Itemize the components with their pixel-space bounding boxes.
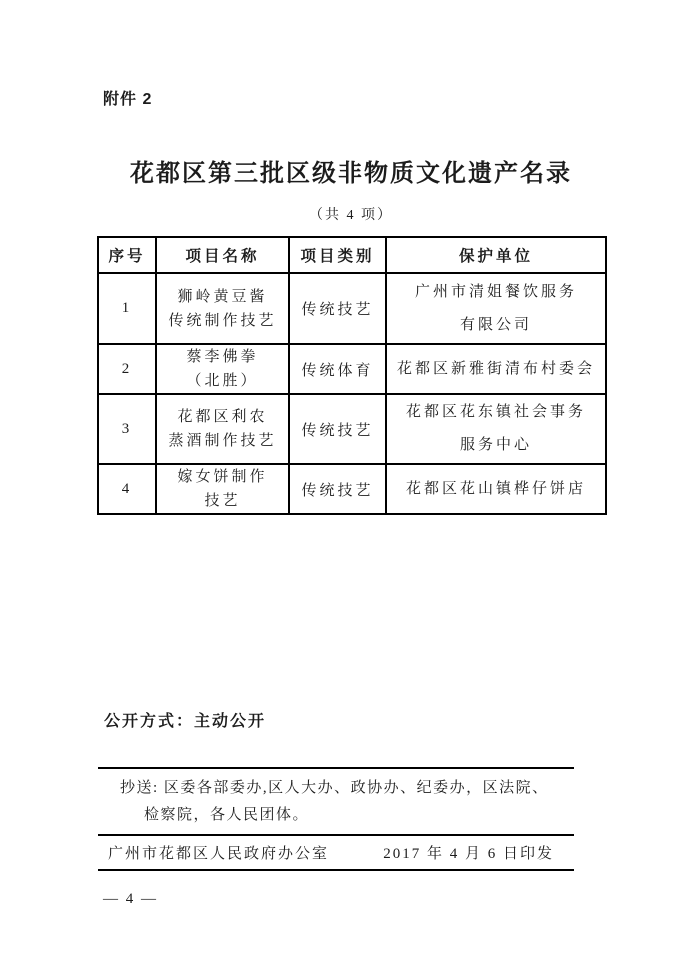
cell-category: 传统技艺 — [289, 464, 386, 514]
item-count-subtitle: （共 4 项） — [97, 204, 605, 224]
cell-project-name: 蔡李佛拳 （北胜） — [156, 344, 289, 394]
project-name-line: 技艺 — [157, 489, 288, 513]
document-footer: 抄送: 区委各部委办,区人大办、政协办、纪委办，区法院、 检察院，各人民团体。 … — [98, 767, 574, 871]
cell-seq: 3 — [98, 394, 156, 464]
project-name-line: 狮岭黄豆酱 — [157, 285, 288, 309]
header-seq: 序号 — [98, 237, 156, 273]
page-number: — 4 — — [103, 891, 158, 908]
heritage-list-table: 序号 项目名称 项目类别 保护单位 1 狮岭黄豆酱 传统制作技艺 传统技艺 广州… — [97, 236, 607, 515]
cell-project-name: 狮岭黄豆酱 传统制作技艺 — [156, 273, 289, 344]
disclosure-method-label: 公开方式：主动公开 — [104, 708, 266, 731]
cell-protection-unit: 花都区花山镇桦仔饼店 — [386, 464, 606, 514]
protection-unit-line: 花都区花东镇社会事务 — [387, 396, 605, 429]
cc-recipients-line: 检察院，各人民团体。 — [144, 802, 574, 829]
protection-unit-line: 服务中心 — [387, 429, 605, 462]
project-name-line: 蒸酒制作技艺 — [157, 429, 288, 453]
cell-project-name: 花都区利农 蒸酒制作技艺 — [156, 394, 289, 464]
header-project-name: 项目名称 — [156, 237, 289, 273]
cc-section: 抄送: 区委各部委办,区人大办、政协办、纪委办，区法院、 检察院，各人民团体。 — [98, 767, 574, 836]
cell-protection-unit: 花都区新雅街清布村委会 — [386, 344, 606, 394]
page-title: 花都区第三批区级非物质文化遗产名录 — [97, 153, 605, 188]
protection-unit-line: 广州市清姐餐饮服务 — [387, 276, 605, 309]
title-block: 花都区第三批区级非物质文化遗产名录 （共 4 项） — [97, 153, 605, 224]
cell-category: 传统技艺 — [289, 394, 386, 464]
header-protection-unit: 保护单位 — [386, 237, 606, 273]
table-row: 1 狮岭黄豆酱 传统制作技艺 传统技艺 广州市清姐餐饮服务 有限公司 — [98, 273, 606, 344]
issuing-office: 广州市花都区人民政府办公室 — [108, 842, 329, 863]
project-name-line: 嫁女饼制作 — [157, 465, 288, 489]
issuer-section: 广州市花都区人民政府办公室 2017 年 4 月 6 日印发 — [98, 836, 574, 871]
project-name-line: 传统制作技艺 — [157, 309, 288, 333]
cc-recipients-line: 抄送: 区委各部委办,区人大办、政协办、纪委办，区法院、 — [120, 775, 574, 802]
attachment-label: 附件 2 — [103, 86, 152, 109]
cell-category: 传统体育 — [289, 344, 386, 394]
protection-unit-line: 有限公司 — [387, 309, 605, 342]
cell-seq: 1 — [98, 273, 156, 344]
protection-unit-line: 花都区新雅街清布村委会 — [387, 353, 605, 386]
table-header-row: 序号 项目名称 项目类别 保护单位 — [98, 237, 606, 273]
project-name-line: 花都区利农 — [157, 405, 288, 429]
print-date: 2017 年 4 月 6 日印发 — [383, 842, 554, 863]
cell-seq: 2 — [98, 344, 156, 394]
document-page: 附件 2 花都区第三批区级非物质文化遗产名录 （共 4 项） 序号 项目名称 项… — [0, 0, 680, 962]
protection-unit-line: 花都区花山镇桦仔饼店 — [387, 473, 605, 506]
table-row: 3 花都区利农 蒸酒制作技艺 传统技艺 花都区花东镇社会事务 服务中心 — [98, 394, 606, 464]
cell-protection-unit: 广州市清姐餐饮服务 有限公司 — [386, 273, 606, 344]
project-name-line: 蔡李佛拳 — [157, 345, 288, 369]
project-name-line: （北胜） — [157, 369, 288, 393]
table-row: 4 嫁女饼制作 技艺 传统技艺 花都区花山镇桦仔饼店 — [98, 464, 606, 514]
cell-category: 传统技艺 — [289, 273, 386, 344]
cell-seq: 4 — [98, 464, 156, 514]
header-category: 项目类别 — [289, 237, 386, 273]
table-row: 2 蔡李佛拳 （北胜） 传统体育 花都区新雅街清布村委会 — [98, 344, 606, 394]
cell-protection-unit: 花都区花东镇社会事务 服务中心 — [386, 394, 606, 464]
cell-project-name: 嫁女饼制作 技艺 — [156, 464, 289, 514]
